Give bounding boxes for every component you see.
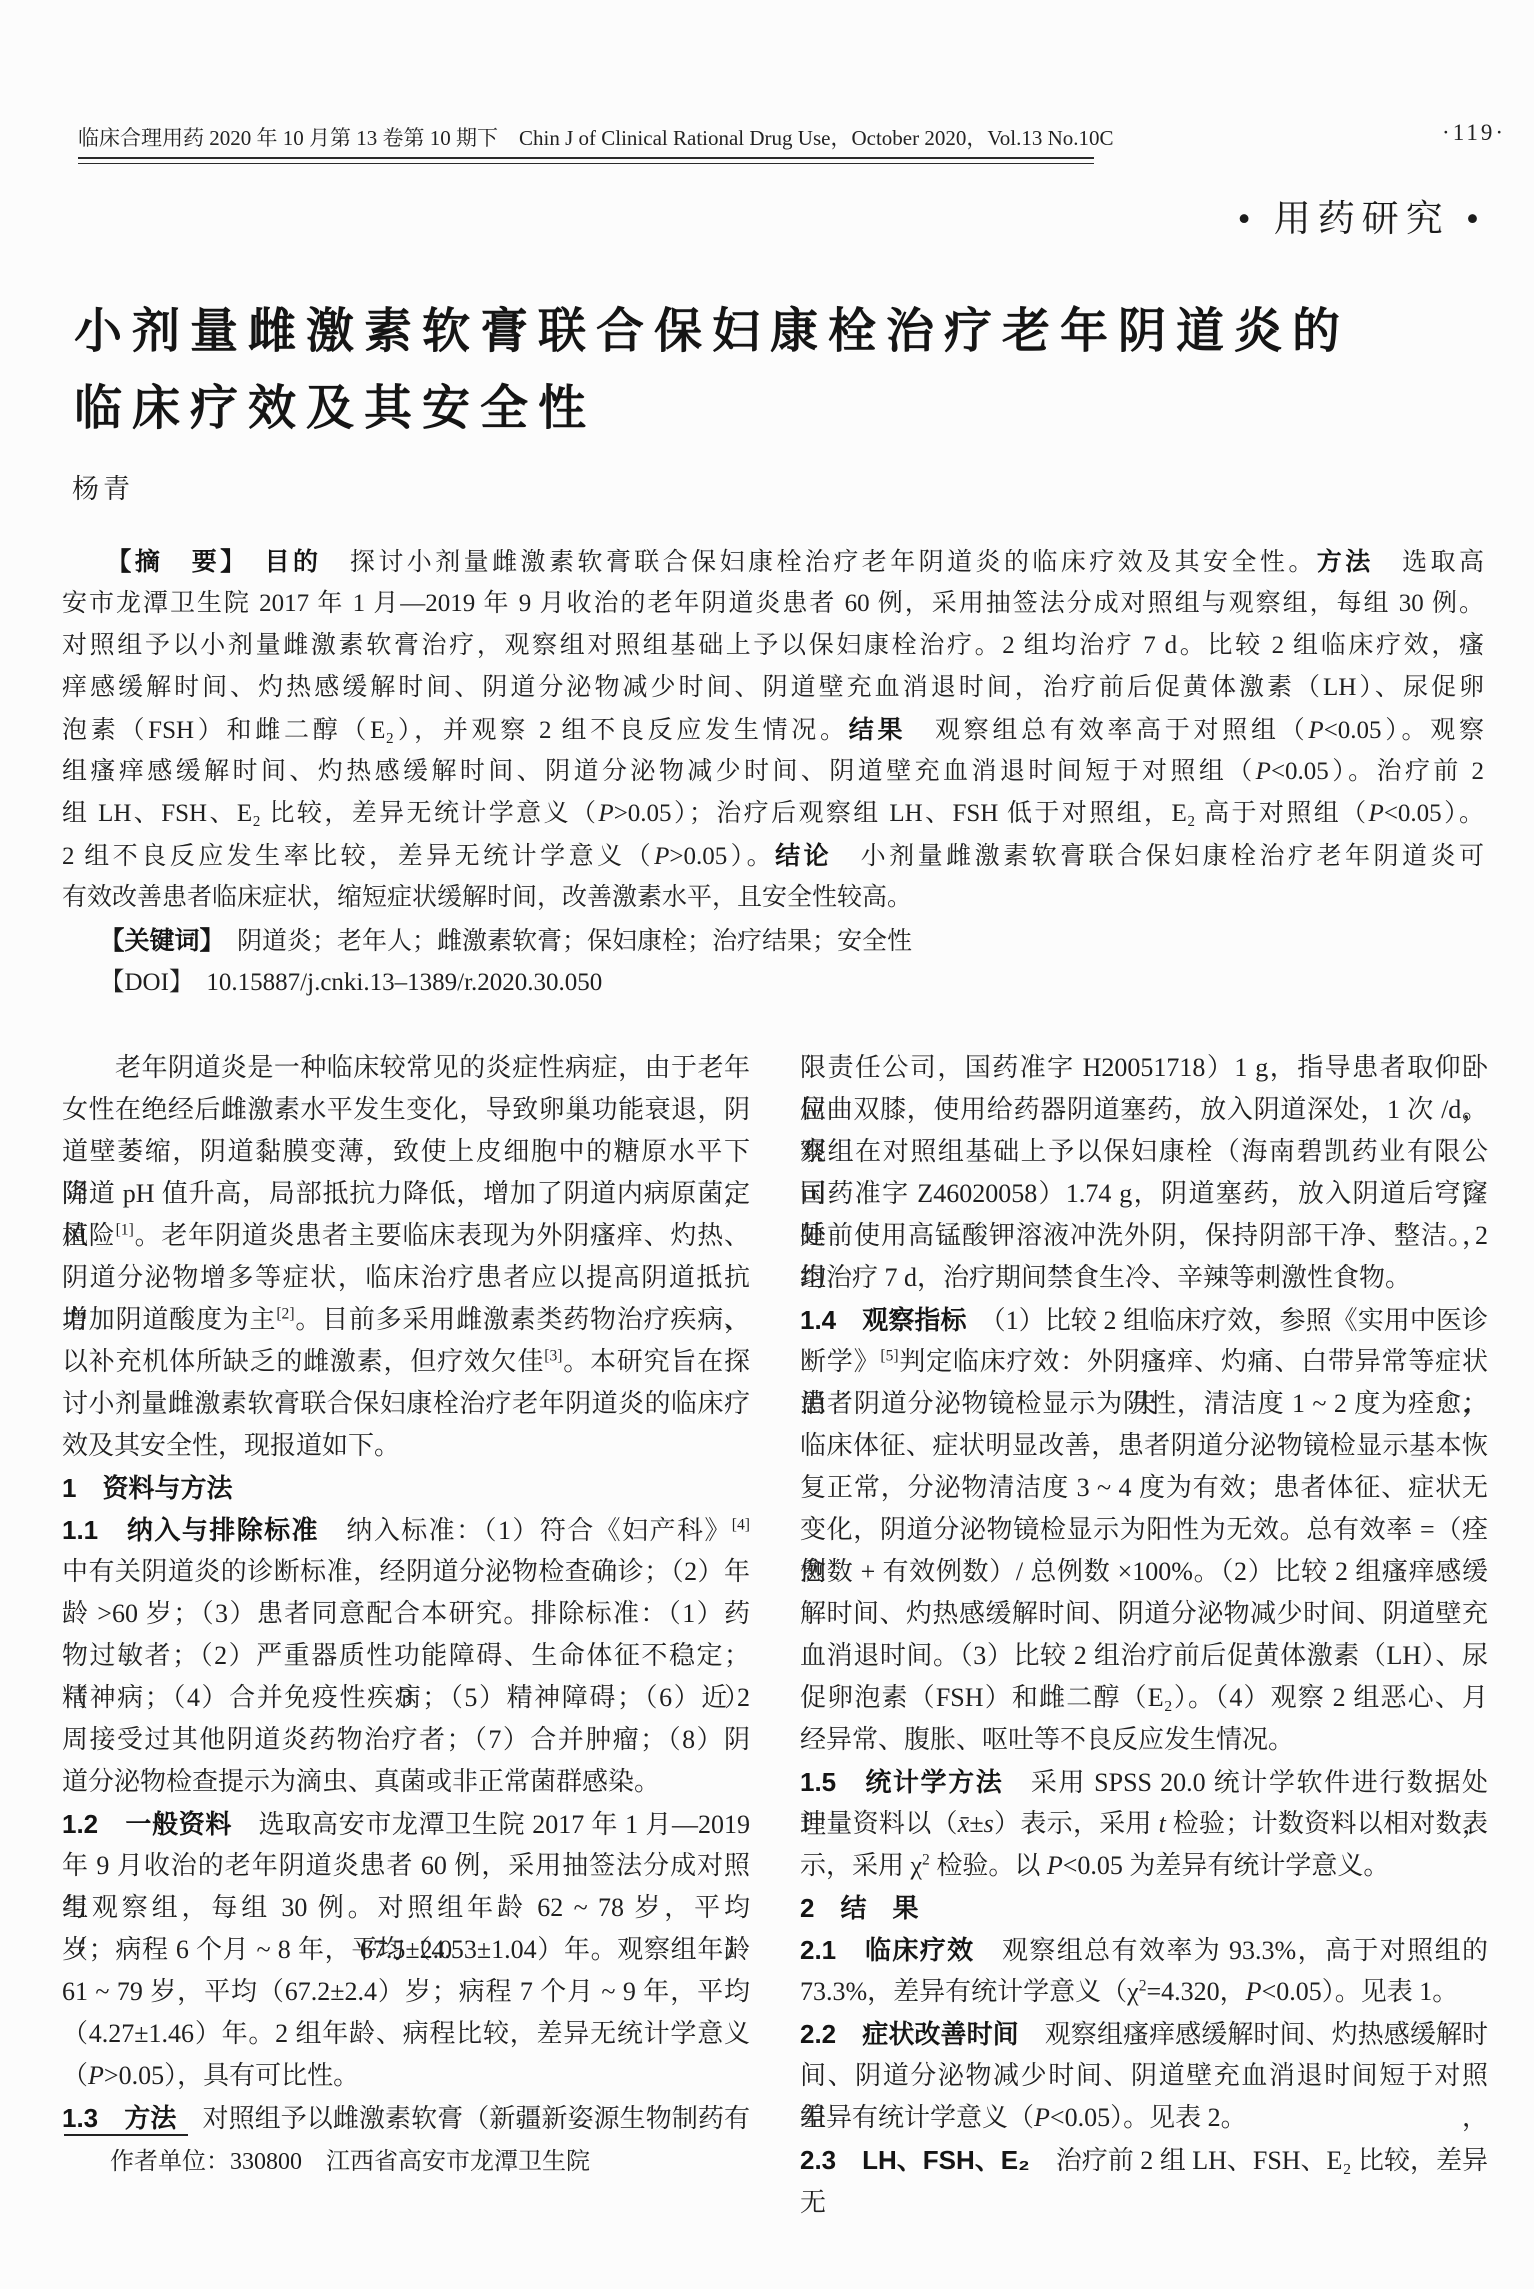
body-line: 老年阴道炎是一种临床较常见的炎症性病症，由于老年 bbox=[62, 1047, 750, 1089]
author-affiliation-footnote: 作者单位：330800 江西省高安市龙潭卫生院 bbox=[62, 2141, 750, 2183]
body-line: 临床体征、症状明显改善，患者阴道分泌物镜检显示基本恢 bbox=[800, 1425, 1488, 1467]
body-line: 间、阴道分泌物减少时间、阴道壁充血消退时间短于对照组， bbox=[800, 2055, 1488, 2097]
body-line: 增加阴道酸度为主[2]。目前多采用雌激素类药物治疗疾病， bbox=[62, 1299, 750, 1341]
body-line: 示，采用 χ2 检验。以 P<0.05 为差异有统计学意义。 bbox=[800, 1845, 1488, 1887]
body-line: 龄 >60 岁；（3）患者同意配合本研究。排除标准：（1）药 bbox=[62, 1593, 750, 1635]
keywords-line: 【关键词】 阴道炎；老年人；雌激素软膏；保妇康栓；治疗结果；安全性 bbox=[62, 920, 1484, 962]
body-line: 均治疗 7 d，治疗期间禁食生冷、辛辣等刺激性食物。 bbox=[800, 1257, 1488, 1299]
abstract-line: 痒感缓解时间、灼热感缓解时间、阴道分泌物减少时间、阴道壁充血消退时间，治疗前后促… bbox=[62, 667, 1484, 709]
abstract-line: 泡素（FSH）和雌二醇（E₂），并观察 2 组不良反应发生情况。结果 观察组总有… bbox=[62, 709, 1484, 751]
body-line: 睡前使用高锰酸钾溶液冲洗外阴，保持阴部干净、整洁。2 组 bbox=[800, 1215, 1488, 1257]
body-line: 73.3%，差异有统计学意义（χ2=4.320，P<0.05）。见表 1。 bbox=[800, 1971, 1488, 2013]
body-line: 1.2 一般资料 选取高安市龙潭卫生院 2017 年 1 月—2019 bbox=[62, 1803, 750, 1845]
abstract-line: 组瘙痒感缓解时间、灼热感缓解时间、阴道分泌物减少时间、阴道壁充血消退时间短于对照… bbox=[62, 751, 1484, 793]
article-title-line: 临床疗效及其安全性 bbox=[74, 370, 1474, 447]
body-line: 国药准字 Z46020058）1.74 g，阴道塞药，放入阴道后穹窿处， bbox=[800, 1173, 1488, 1215]
abstract-line: 【摘 要】 目的 探讨小剂量雌激素软膏联合保妇康栓治疗老年阴道炎的临床疗效及其安… bbox=[62, 541, 1484, 583]
doi-line: 【DOI】 10.15887/j.cnki.13–1389/r.2020.30.… bbox=[62, 962, 1484, 1004]
body-line: 讨小剂量雌激素软膏联合保妇康栓治疗老年阴道炎的临床疗 bbox=[62, 1383, 750, 1425]
body-line: 道壁萎缩，阴道黏膜变薄，致使上皮细胞中的糖原水平下降， bbox=[62, 1131, 750, 1173]
body-line: 物过敏者；（2）严重器质性功能障碍、生命体征不稳定；（3） bbox=[62, 1635, 750, 1677]
body-line: 屈曲双膝，使用给药器阴道塞药，放入阴道深处，1 次 /d。观 bbox=[800, 1089, 1488, 1131]
body-line: 促卵泡素（FSH）和雌二醇（E₂）。（4）观察 2 组恶心、月 bbox=[800, 1677, 1488, 1719]
body-line: 1.5 统计学方法 采用 SPSS 20.0 统计学软件进行数据处理， bbox=[800, 1761, 1488, 1803]
abstract-line: 有效改善患者临床症状，缩短症状缓解时间，改善激素水平，且安全性较高。 bbox=[62, 877, 1484, 919]
abstract-line: 组 LH、FSH、E₂ 比较，差异无统计学意义（P>0.05）；治疗后观察组 L… bbox=[62, 793, 1484, 835]
body-line: 断学》[5]判定临床疗效：外阴瘙痒、灼痛、白带异常等症状消失， bbox=[800, 1341, 1488, 1383]
abstract-line: 安市龙潭卫生院 2017 年 1 月—2019 年 9 月收治的老年阴道炎患者 … bbox=[62, 583, 1484, 625]
body-line: 风险[1]。老年阴道炎患者主要临床表现为外阴瘙痒、灼热、 bbox=[62, 1215, 750, 1257]
body-line: 变化，阴道分泌物镜检显示为阳性为无效。总有效率 =（痊愈 bbox=[800, 1509, 1488, 1551]
page-number: ·119· bbox=[1442, 120, 1506, 146]
abstract-line: 对照组予以小剂量雌激素软膏治疗，观察组对照组基础上予以保妇康栓治疗。2 组均治疗… bbox=[62, 625, 1484, 667]
body-line: 计量资料以（x̄±s）表示，采用 t 检验；计数资料以相对数表 bbox=[800, 1803, 1488, 1845]
footnote-separator-rule bbox=[64, 2134, 188, 2136]
body-line: 精神病；（4）合并免疫性疾病；（5）精神障碍；（6）近 2 bbox=[62, 1677, 750, 1719]
body-line: （4.27±1.46）年。2 组年龄、病程比较，差异无统计学意义 bbox=[62, 2013, 750, 2055]
section-label: • 用药研究 • bbox=[1238, 188, 1486, 242]
abstract-block: 【摘 要】 目的 探讨小剂量雌激素软膏联合保妇康栓治疗老年阴道炎的临床疗效及其安… bbox=[62, 541, 1484, 919]
body-line: 以补充机体所缺乏的雌激素，但疗效欠佳[3]。本研究旨在探 bbox=[62, 1341, 750, 1383]
body-line: 1.1 纳入与排除标准 纳入标准：（1）符合《妇产科》[4] bbox=[62, 1509, 750, 1551]
body-line: 1.4 观察指标 （1）比较 2 组临床疗效，参照《实用中医诊 bbox=[800, 1299, 1488, 1341]
body-column-left: 老年阴道炎是一种临床较常见的炎症性病症，由于老年女性在绝经后雌激素水平发生变化，… bbox=[62, 1047, 750, 2139]
body-line: 2 结 果 bbox=[800, 1887, 1488, 1929]
body-line: 1.3 方法 对照组予以雌激素软膏（新疆新姿源生物制药有 bbox=[62, 2097, 750, 2139]
article-title: 小剂量雌激素软膏联合保妇康栓治疗老年阴道炎的临床疗效及其安全性 bbox=[74, 293, 1474, 447]
body-line: 2.2 症状改善时间 观察组瘙痒感缓解时间、灼热感缓解时 bbox=[800, 2013, 1488, 2055]
body-line: 2.1 临床疗效 观察组总有效率为 93.3%，高于对照组的 bbox=[800, 1929, 1488, 1971]
body-line: 效及其安全性，现报道如下。 bbox=[62, 1425, 750, 1467]
article-title-line: 小剂量雌激素软膏联合保妇康栓治疗老年阴道炎的 bbox=[74, 293, 1474, 370]
body-line: 1 资料与方法 bbox=[62, 1467, 750, 1509]
body-line: 61 ~ 79 岁，平均（67.2±2.4）岁；病程 7 个月 ~ 9 年，平均 bbox=[62, 1971, 750, 2013]
header-rule bbox=[78, 157, 1094, 164]
journal-article-page: 临床合理用药 2020 年 10 月第 13 卷第 10 期下 Chin J o… bbox=[0, 0, 1534, 2289]
body-line: 患者阴道分泌物镜检显示为阴性，清洁度 1 ~ 2 度为痊愈； bbox=[800, 1383, 1488, 1425]
body-line: 限责任公司，国药准字 H20051718）1 g，指导患者取仰卧位， bbox=[800, 1047, 1488, 1089]
body-line: 察组在对照组基础上予以保妇康栓（海南碧凯药业有限公司， bbox=[800, 1131, 1488, 1173]
abstract-line: 2 组不良反应发生率比较，差异无统计学意义（P>0.05）。结论 小剂量雌激素软… bbox=[62, 835, 1484, 877]
body-column-right: 限责任公司，国药准字 H20051718）1 g，指导患者取仰卧位，屈曲双膝，使… bbox=[800, 1047, 1488, 2181]
body-line: 解时间、灼热感缓解时间、阴道分泌物减少时间、阴道壁充 bbox=[800, 1593, 1488, 1635]
body-line: 血消退时间。（3）比较 2 组治疗前后促黄体激素（LH）、尿 bbox=[800, 1635, 1488, 1677]
author-name: 杨青 bbox=[72, 467, 134, 506]
body-line: 复正常，分泌物清洁度 3 ~ 4 度为有效；患者体征、症状无 bbox=[800, 1467, 1488, 1509]
body-line: 与观察组，每组 30 例。对照组年龄 62 ~ 78 岁，平均（67.5±2.0… bbox=[62, 1887, 750, 1929]
body-line: 经异常、腹胀、呕吐等不良反应发生情况。 bbox=[800, 1719, 1488, 1761]
body-line: 年 9 月收治的老年阴道炎患者 60 例，采用抽签法分成对照组 bbox=[62, 1845, 750, 1887]
body-line: 周接受过其他阴道炎药物治疗者；（7）合并肿瘤；（8）阴 bbox=[62, 1719, 750, 1761]
body-line: 中有关阴道炎的诊断标准，经阴道分泌物检查确诊；（2）年 bbox=[62, 1551, 750, 1593]
body-line: 女性在绝经后雌激素水平发生变化，导致卵巢功能衰退，阴 bbox=[62, 1089, 750, 1131]
body-line: 岁；病程 6 个月 ~ 8 年，平均（4.53±1.04）年。观察组年龄 bbox=[62, 1929, 750, 1971]
body-line: 例数 + 有效例数）/ 总例数 ×100%。（2）比较 2 组瘙痒感缓 bbox=[800, 1551, 1488, 1593]
body-line: 2.3 LH、FSH、E₂ 治疗前 2 组 LH、FSH、E₂ 比较，差异无 bbox=[800, 2139, 1488, 2181]
body-line: （P>0.05），具有可比性。 bbox=[62, 2055, 750, 2097]
journal-header-line: 临床合理用药 2020 年 10 月第 13 卷第 10 期下 Chin J o… bbox=[78, 122, 1178, 152]
body-line: 阴道分泌物增多等症状，临床治疗患者应以提高阴道抵抗力、 bbox=[62, 1257, 750, 1299]
body-line: 阴道 pH 值升高，局部抵抗力降低，增加了阴道内病原菌定植 bbox=[62, 1173, 750, 1215]
body-line: 道分泌物检查提示为滴虫、真菌或非正常菌群感染。 bbox=[62, 1761, 750, 1803]
